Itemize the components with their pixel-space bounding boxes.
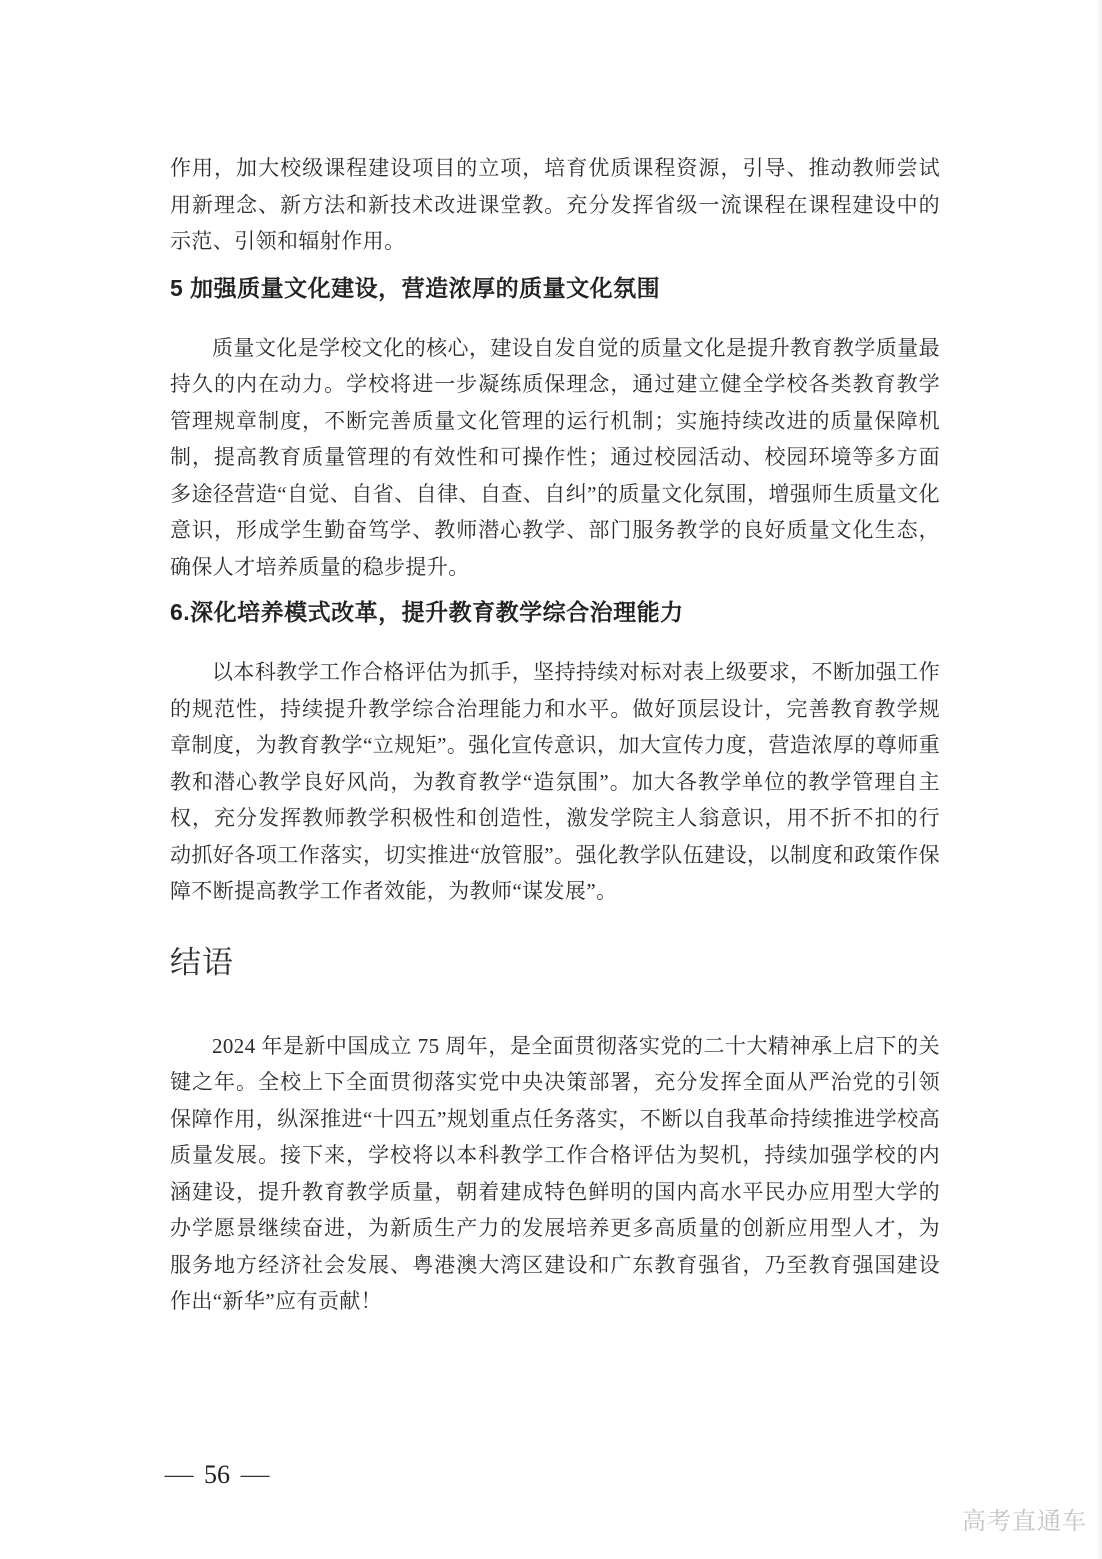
conclusion-paragraph: 2024 年是新中国成立 75 周年，是全面贯彻落实党的二十大精神承上启下的关键… (170, 1028, 940, 1320)
conclusion-heading: 结语 (170, 942, 940, 984)
document-page: 作用，加大校级课程建设项目的立项，培育优质课程资源，引导、推动教师尝试用新理念、… (0, 0, 1102, 1559)
continuation-paragraph: 作用，加大校级课程建设项目的立项，培育优质课程资源，引导、推动教师尝试用新理念、… (170, 150, 940, 260)
section-6-heading: 6.深化培养模式改革，提升教育教学综合治理能力 (170, 595, 940, 629)
page-number: 56 (204, 1460, 230, 1490)
page-number-right-dash: — (241, 1462, 270, 1489)
page-footer: — 56 — (167, 1460, 267, 1490)
scan-edge-shading (1095, 0, 1102, 1559)
page-content: 作用，加大校级课程建设项目的立项，培育优质课程资源，引导、推动教师尝试用新理念、… (170, 0, 940, 1320)
section-6-paragraph: 以本科教学工作合格评估为抓手，坚持持续对标对表上级要求，不断加强工作的规范性，持… (170, 654, 940, 910)
watermark-gaokao-zhitongche: 高考直通车 (962, 1501, 1087, 1536)
section-5-heading: 5 加强质量文化建设，营造浓厚的质量文化氛围 (170, 271, 940, 305)
page-number-left-dash: — (165, 1462, 194, 1489)
section-5-paragraph: 质量文化是学校文化的核心，建设自发自觉的质量文化是提升教育教学质量最持久的内在动… (170, 330, 940, 586)
